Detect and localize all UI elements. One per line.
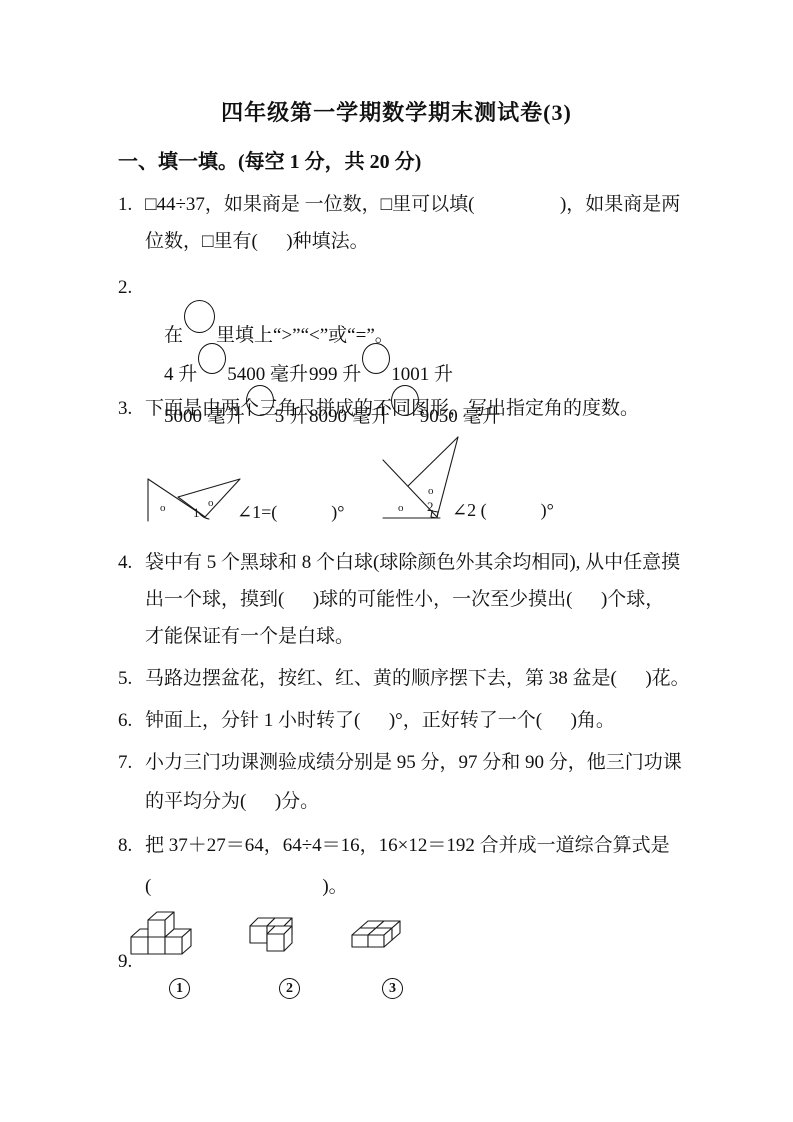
- figure-1-angle-label: 1: [193, 505, 200, 520]
- cube-front-face: [131, 937, 148, 954]
- cube-front-face: [165, 937, 182, 954]
- question-3-number: 3.: [118, 398, 132, 421]
- question-6-text: 钟面上，分针 1 小时转了( )°，正好转了一个( )角。: [145, 710, 615, 733]
- question-8-line-2: ( )。: [145, 876, 348, 899]
- circled-number-icon: 3: [382, 978, 403, 999]
- cube-group-2: [247, 902, 302, 960]
- question-1-line-2: 位数，□里有( )种填法。: [145, 231, 369, 254]
- question-6-number: 6.: [118, 710, 132, 733]
- figure-2-right-angle-mark: o: [398, 502, 404, 514]
- triangle-ruler-figure-1: o o 1: [125, 432, 250, 532]
- question-7-line-1: 小力三门功课测验成绩分别是 95 分，97 分和 90 分，他三门功课: [145, 752, 682, 775]
- cube-front-face: [250, 926, 267, 943]
- cube-group-1: [130, 904, 198, 958]
- cube-front-face: [148, 920, 165, 937]
- angle-2-caption: ∠2 ( )°: [452, 500, 554, 522]
- angle-1-caption: ∠1=( )°: [237, 502, 344, 524]
- cube-group-3: [350, 904, 408, 952]
- cube-front-face: [368, 935, 384, 947]
- figure-1-right-angle-mark: o: [208, 497, 214, 509]
- cube-front-face: [148, 937, 165, 954]
- cube-front-face: [267, 934, 284, 951]
- figure-2-angle-label: 2: [427, 499, 434, 514]
- question-1-number: 1.: [118, 194, 132, 217]
- question-4-number: 4.: [118, 552, 132, 575]
- question-2-number: 2.: [118, 277, 132, 300]
- question-7-number: 7.: [118, 752, 132, 775]
- question-3-text: 下面是由两个三角尺拼成的不同图形，写出指定角的度数。: [145, 398, 639, 421]
- question-8-line-1: 把 37＋27＝64，64÷4＝16，16×12＝192 合并成一道综合算式是: [145, 835, 670, 858]
- figure-2-left-edge: [408, 437, 458, 486]
- circled-number-icon: 2: [279, 978, 300, 999]
- question-5-number: 5.: [118, 668, 132, 691]
- question-5-text: 马路边摆盆花，按红、红、黄的顺序摆下去，第 38 盆是( )花。: [145, 668, 690, 691]
- test-paper-page: 四年级第一学期数学期末测试卷(3) 一、填一填。(每空 1 分，共 20 分) …: [0, 0, 793, 1122]
- question-7-line-2: 的平均分为( )分。: [145, 791, 319, 814]
- section-heading: 一、填一填。(每空 1 分，共 20 分): [118, 150, 421, 174]
- question-8-number: 8.: [118, 835, 132, 858]
- cube-front-face: [352, 935, 368, 947]
- question-4-line-3: 才能保证有一个是白球。: [145, 626, 354, 649]
- figure-2-right-angle-mark: o: [428, 485, 434, 497]
- page-title: 四年级第一学期数学期末测试卷(3): [0, 100, 793, 126]
- figure-1-right-angle-mark: o: [160, 502, 166, 514]
- cube-label-3: 3: [363, 953, 403, 1022]
- circled-number-icon: 1: [169, 978, 190, 999]
- question-4-line-2: 出一个球，摸到( )球的可能性小，一次至少摸出( )个球，: [145, 589, 664, 612]
- question-4-line-1: 袋中有 5 个黑球和 8 个白球(球除颜色外其余均相同), 从中任意摸: [145, 552, 680, 575]
- cube-label-1: 1: [150, 953, 190, 1022]
- cube-label-2: 2: [260, 953, 300, 1022]
- question-1-line-1: □44÷37，如果商是 一位数，□里可以填( )，如果商是两: [145, 194, 680, 217]
